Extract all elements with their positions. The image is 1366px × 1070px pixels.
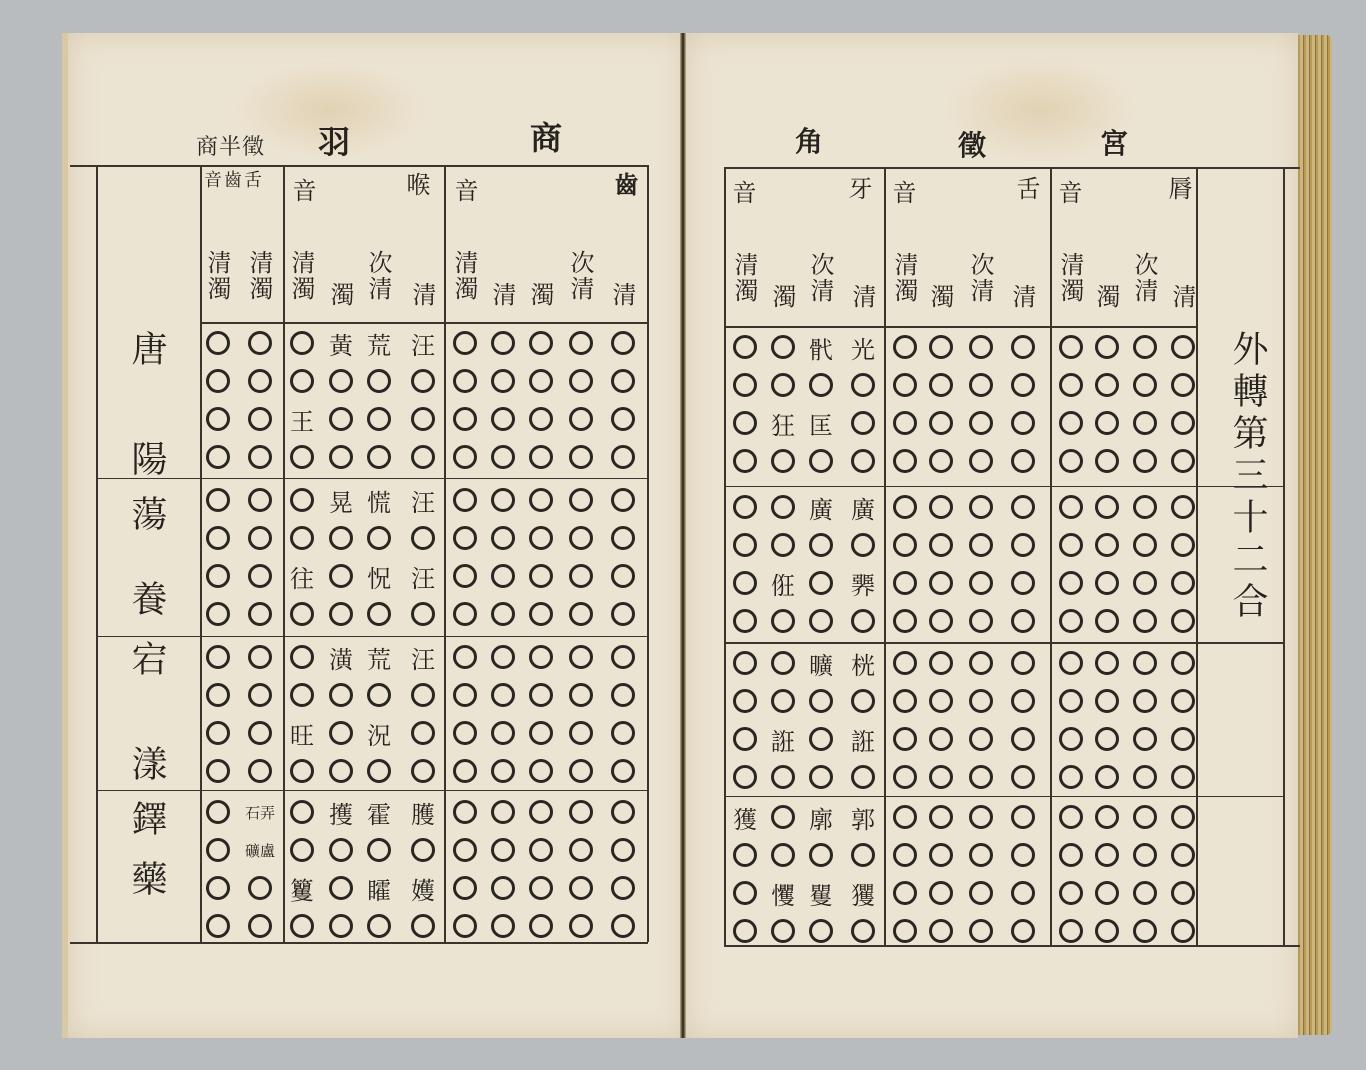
circle-icon [329, 759, 353, 783]
empty-circle-icon [1168, 802, 1198, 832]
circle-icon [929, 335, 953, 359]
empty-circle-icon [1130, 762, 1160, 792]
circle-icon [529, 445, 553, 469]
circle-icon [453, 721, 477, 745]
empty-circle-icon [526, 756, 556, 786]
circle-icon [733, 335, 757, 359]
empty-circle-icon [526, 911, 556, 941]
empty-circle-icon [1130, 606, 1160, 636]
circle-icon [411, 602, 435, 626]
circle-icon [771, 689, 795, 713]
circle-icon [248, 876, 272, 900]
empty-circle-icon [450, 599, 480, 629]
circle-icon [929, 609, 953, 633]
rhyme-character: 霍 [364, 797, 394, 827]
empty-circle-icon [768, 802, 798, 832]
circle-icon [453, 838, 477, 862]
circle-icon [1095, 651, 1119, 675]
circle-icon [529, 602, 553, 626]
empty-circle-icon [966, 370, 996, 400]
empty-circle-icon [926, 878, 956, 908]
circle-icon [529, 838, 553, 862]
empty-circle-icon [1168, 568, 1198, 598]
empty-circle-icon [1168, 408, 1198, 438]
circle-icon [329, 526, 353, 550]
circle-icon [611, 488, 635, 512]
circle-icon [1095, 727, 1119, 751]
circle-icon [1059, 727, 1083, 751]
grid-line [724, 486, 1284, 487]
circle-icon [929, 689, 953, 713]
empty-circle-icon [1056, 686, 1086, 716]
rhyme-character: 石弄 [245, 797, 275, 827]
circle-icon [491, 564, 515, 588]
empty-circle-icon [768, 332, 798, 362]
circle-icon [733, 919, 757, 943]
empty-circle-icon [768, 530, 798, 560]
empty-circle-icon [730, 724, 760, 754]
empty-circle-icon [203, 442, 233, 472]
empty-circle-icon [1008, 686, 1038, 716]
empty-circle-icon [488, 642, 518, 672]
empty-circle-icon [1056, 408, 1086, 438]
circle-icon [929, 805, 953, 829]
circle-icon [893, 881, 917, 905]
empty-circle-icon [966, 686, 996, 716]
circle-icon [1171, 651, 1195, 675]
empty-circle-icon [566, 523, 596, 553]
circle-icon [329, 369, 353, 393]
circle-icon [733, 449, 757, 473]
empty-circle-icon [1056, 568, 1086, 598]
circle-icon [929, 843, 953, 867]
empty-circle-icon [608, 523, 638, 553]
column-header: 清濁 [205, 250, 229, 302]
empty-circle-icon [768, 606, 798, 636]
circle-icon [929, 411, 953, 435]
column-header: 清濁 [452, 250, 476, 302]
empty-circle-icon [245, 873, 275, 903]
circle-icon [771, 533, 795, 557]
empty-circle-icon [450, 523, 480, 553]
empty-circle-icon [890, 802, 920, 832]
empty-circle-icon [488, 599, 518, 629]
circle-icon [1059, 609, 1083, 633]
rhyme-character: 臩 [848, 568, 878, 598]
empty-circle-icon [1130, 724, 1160, 754]
empty-circle-icon [245, 523, 275, 553]
circle-icon [290, 445, 314, 469]
circle-icon [453, 800, 477, 824]
circle-icon [329, 838, 353, 862]
top-label: 商 [530, 122, 564, 154]
circle-icon [491, 445, 515, 469]
column-header: 清 [490, 282, 514, 308]
empty-circle-icon [848, 686, 878, 716]
empty-circle-icon [450, 642, 480, 672]
empty-circle-icon [966, 530, 996, 560]
circle-icon [529, 564, 553, 588]
circle-icon [809, 571, 833, 595]
row-label: 漾 [128, 745, 164, 783]
circle-icon [1171, 881, 1195, 905]
section-header-left: 音 [1056, 180, 1080, 206]
row-label: 陽 [128, 440, 164, 478]
circle-icon [969, 919, 993, 943]
circle-icon [248, 526, 272, 550]
empty-circle-icon [608, 718, 638, 748]
empty-circle-icon [848, 916, 878, 946]
circle-icon [569, 564, 593, 588]
circle-icon [569, 445, 593, 469]
empty-circle-icon [1092, 606, 1122, 636]
rhyme-character: 矐 [364, 873, 394, 903]
circle-icon [206, 331, 230, 355]
circle-icon [1171, 411, 1195, 435]
empty-circle-icon [848, 530, 878, 560]
circle-icon [1171, 609, 1195, 633]
circle-icon [529, 407, 553, 431]
rhyme-character: 晃 [326, 485, 356, 515]
empty-circle-icon [608, 642, 638, 672]
circle-icon [529, 800, 553, 824]
empty-circle-icon [1056, 878, 1086, 908]
circle-icon [611, 759, 635, 783]
empty-circle-icon [566, 680, 596, 710]
empty-circle-icon [364, 835, 394, 865]
column-header: 清 [410, 282, 434, 308]
empty-circle-icon [1092, 724, 1122, 754]
rhyme-character: 荒 [364, 328, 394, 358]
circle-icon [529, 645, 553, 669]
circle-icon [569, 407, 593, 431]
circle-icon [1133, 609, 1157, 633]
circle-icon [453, 331, 477, 355]
circle-icon [491, 369, 515, 393]
grid-line [724, 796, 1284, 797]
circle-icon [367, 369, 391, 393]
empty-circle-icon [526, 442, 556, 472]
circle-icon [851, 609, 875, 633]
circle-icon [893, 843, 917, 867]
circle-icon [248, 759, 272, 783]
circle-icon [453, 407, 477, 431]
circle-icon [969, 373, 993, 397]
circle-icon [851, 449, 875, 473]
empty-circle-icon [203, 366, 233, 396]
circle-icon [969, 843, 993, 867]
empty-circle-icon [245, 911, 275, 941]
circle-icon [1059, 651, 1083, 675]
circle-icon [491, 876, 515, 900]
empty-circle-icon [730, 332, 760, 362]
circle-icon [453, 759, 477, 783]
circle-icon [290, 914, 314, 938]
circle-icon [1011, 843, 1035, 867]
circle-icon [1095, 805, 1119, 829]
circle-icon [771, 651, 795, 675]
empty-circle-icon [287, 756, 317, 786]
section-header-left: 音 [452, 178, 476, 204]
circle-icon [367, 683, 391, 707]
empty-circle-icon [488, 485, 518, 515]
circle-icon [733, 373, 757, 397]
empty-circle-icon [1092, 916, 1122, 946]
circle-icon [733, 495, 757, 519]
circle-icon [929, 881, 953, 905]
empty-circle-icon [364, 442, 394, 472]
empty-circle-icon [730, 762, 760, 792]
empty-circle-icon [526, 523, 556, 553]
empty-circle-icon [203, 718, 233, 748]
circle-icon [1011, 765, 1035, 789]
empty-circle-icon [287, 599, 317, 629]
empty-circle-icon [806, 568, 836, 598]
circle-icon [491, 331, 515, 355]
circle-icon [1133, 335, 1157, 359]
empty-circle-icon [608, 599, 638, 629]
circle-icon [851, 765, 875, 789]
empty-circle-icon [203, 642, 233, 672]
rhyme-character: 廓 [806, 802, 836, 832]
empty-circle-icon [1008, 492, 1038, 522]
empty-circle-icon [488, 911, 518, 941]
circle-icon [969, 765, 993, 789]
grid-line [96, 790, 648, 791]
circle-icon [290, 800, 314, 824]
empty-circle-icon [566, 911, 596, 941]
circle-icon [611, 645, 635, 669]
circle-icon [248, 369, 272, 393]
empty-circle-icon [245, 485, 275, 515]
empty-circle-icon [926, 568, 956, 598]
empty-circle-icon [566, 642, 596, 672]
circle-icon [969, 727, 993, 751]
circle-icon [206, 602, 230, 626]
empty-circle-icon [245, 404, 275, 434]
circle-icon [969, 651, 993, 675]
empty-circle-icon [1008, 762, 1038, 792]
column-header: 清濁 [247, 250, 271, 302]
empty-circle-icon [730, 492, 760, 522]
empty-circle-icon [730, 878, 760, 908]
empty-circle-icon [926, 492, 956, 522]
empty-circle-icon [966, 446, 996, 476]
empty-circle-icon [768, 648, 798, 678]
circle-icon [453, 526, 477, 550]
grid-line [724, 326, 1196, 328]
circle-icon [969, 533, 993, 557]
empty-circle-icon [1008, 606, 1038, 636]
circle-icon [569, 602, 593, 626]
empty-circle-icon [890, 762, 920, 792]
circle-icon [367, 759, 391, 783]
empty-circle-icon [488, 680, 518, 710]
circle-icon [1095, 609, 1119, 633]
empty-circle-icon [287, 328, 317, 358]
empty-circle-icon [450, 404, 480, 434]
empty-circle-icon [287, 485, 317, 515]
empty-circle-icon [890, 492, 920, 522]
empty-circle-icon [730, 370, 760, 400]
circle-icon [771, 335, 795, 359]
grid-line [724, 167, 726, 945]
empty-circle-icon [203, 873, 233, 903]
empty-circle-icon [926, 686, 956, 716]
empty-circle-icon [245, 756, 275, 786]
rhyme-character: 骮 [806, 332, 836, 362]
empty-circle-icon [1168, 762, 1198, 792]
circle-icon [1171, 689, 1195, 713]
circle-icon [206, 800, 230, 824]
empty-circle-icon [203, 404, 233, 434]
circle-icon [290, 602, 314, 626]
empty-circle-icon [488, 756, 518, 786]
rhyme-character: 礦盧 [245, 835, 275, 865]
empty-circle-icon [730, 446, 760, 476]
circle-icon [569, 683, 593, 707]
empty-circle-icon [1168, 492, 1198, 522]
circle-icon [809, 373, 833, 397]
empty-circle-icon [890, 530, 920, 560]
empty-circle-icon [1092, 648, 1122, 678]
circle-icon [453, 564, 477, 588]
empty-circle-icon [566, 873, 596, 903]
circle-icon [969, 449, 993, 473]
circle-icon [611, 800, 635, 824]
circle-icon [206, 445, 230, 469]
empty-circle-icon [408, 523, 438, 553]
empty-circle-icon [806, 916, 836, 946]
grid-line [724, 167, 1300, 169]
top-label: 商半徵 [196, 137, 265, 159]
empty-circle-icon [1130, 370, 1160, 400]
empty-circle-icon [203, 561, 233, 591]
circle-icon [929, 533, 953, 557]
circle-icon [290, 369, 314, 393]
section-header: 音齒舌 [204, 172, 264, 190]
circle-icon [611, 564, 635, 588]
empty-circle-icon [1130, 840, 1160, 870]
empty-circle-icon [1008, 408, 1038, 438]
empty-circle-icon [526, 718, 556, 748]
empty-circle-icon [1130, 802, 1160, 832]
empty-circle-icon [966, 648, 996, 678]
circle-icon [1059, 533, 1083, 557]
empty-circle-icon [608, 442, 638, 472]
empty-circle-icon [608, 756, 638, 786]
empty-circle-icon [287, 366, 317, 396]
circle-icon [453, 914, 477, 938]
empty-circle-icon [1056, 530, 1086, 560]
empty-circle-icon [966, 802, 996, 832]
circle-icon [329, 445, 353, 469]
circle-icon [969, 689, 993, 713]
empty-circle-icon [1168, 370, 1198, 400]
empty-circle-icon [287, 642, 317, 672]
empty-circle-icon [608, 404, 638, 434]
empty-circle-icon [1168, 606, 1198, 636]
empty-circle-icon [203, 911, 233, 941]
circle-icon [367, 838, 391, 862]
section-header-left: 音 [290, 178, 314, 204]
empty-circle-icon [926, 606, 956, 636]
empty-circle-icon [1168, 724, 1198, 754]
rhyme-character: 郭 [848, 802, 878, 832]
rhyme-character: 戄 [768, 878, 798, 908]
empty-circle-icon [1056, 762, 1086, 792]
empty-circle-icon [926, 724, 956, 754]
circle-icon [491, 914, 515, 938]
row-label: 蕩 [128, 495, 164, 533]
empty-circle-icon [488, 561, 518, 591]
empty-circle-icon [926, 446, 956, 476]
rhyme-character: 荒 [364, 642, 394, 672]
empty-circle-icon [1008, 648, 1038, 678]
circle-icon [771, 843, 795, 867]
empty-circle-icon [203, 756, 233, 786]
empty-circle-icon [966, 332, 996, 362]
empty-circle-icon [1056, 332, 1086, 362]
rhyme-character: 臒 [408, 797, 438, 827]
circle-icon [1011, 335, 1035, 359]
circle-icon [809, 609, 833, 633]
empty-circle-icon [326, 680, 356, 710]
empty-circle-icon [966, 762, 996, 792]
empty-circle-icon [1056, 446, 1086, 476]
circle-icon [569, 331, 593, 355]
empty-circle-icon [890, 568, 920, 598]
empty-circle-icon [1008, 802, 1038, 832]
empty-circle-icon [526, 642, 556, 672]
circle-icon [809, 449, 833, 473]
rhyme-character: 俇 [768, 568, 798, 598]
empty-circle-icon [566, 366, 596, 396]
empty-circle-icon [926, 530, 956, 560]
empty-circle-icon [848, 446, 878, 476]
circle-icon [969, 881, 993, 905]
grid-line [200, 165, 202, 942]
circle-icon [893, 689, 917, 713]
circle-icon [1011, 881, 1035, 905]
circle-icon [1133, 495, 1157, 519]
circle-icon [611, 914, 635, 938]
circle-icon [969, 495, 993, 519]
circle-icon [206, 369, 230, 393]
circle-icon [1133, 881, 1157, 905]
circle-icon [1059, 449, 1083, 473]
empty-circle-icon [926, 648, 956, 678]
circle-icon [733, 881, 757, 905]
grid-line [200, 322, 648, 324]
circle-icon [248, 914, 272, 938]
circle-icon [411, 407, 435, 431]
empty-circle-icon [566, 718, 596, 748]
empty-circle-icon [806, 686, 836, 716]
empty-circle-icon [203, 797, 233, 827]
empty-circle-icon [730, 686, 760, 716]
circle-icon [1011, 609, 1035, 633]
circle-icon [569, 800, 593, 824]
column-header: 清 [850, 284, 874, 310]
empty-circle-icon [1092, 568, 1122, 598]
empty-circle-icon [1008, 840, 1038, 870]
empty-circle-icon [203, 485, 233, 515]
empty-circle-icon [768, 762, 798, 792]
empty-circle-icon [566, 442, 596, 472]
circle-icon [969, 571, 993, 595]
circle-icon [569, 914, 593, 938]
